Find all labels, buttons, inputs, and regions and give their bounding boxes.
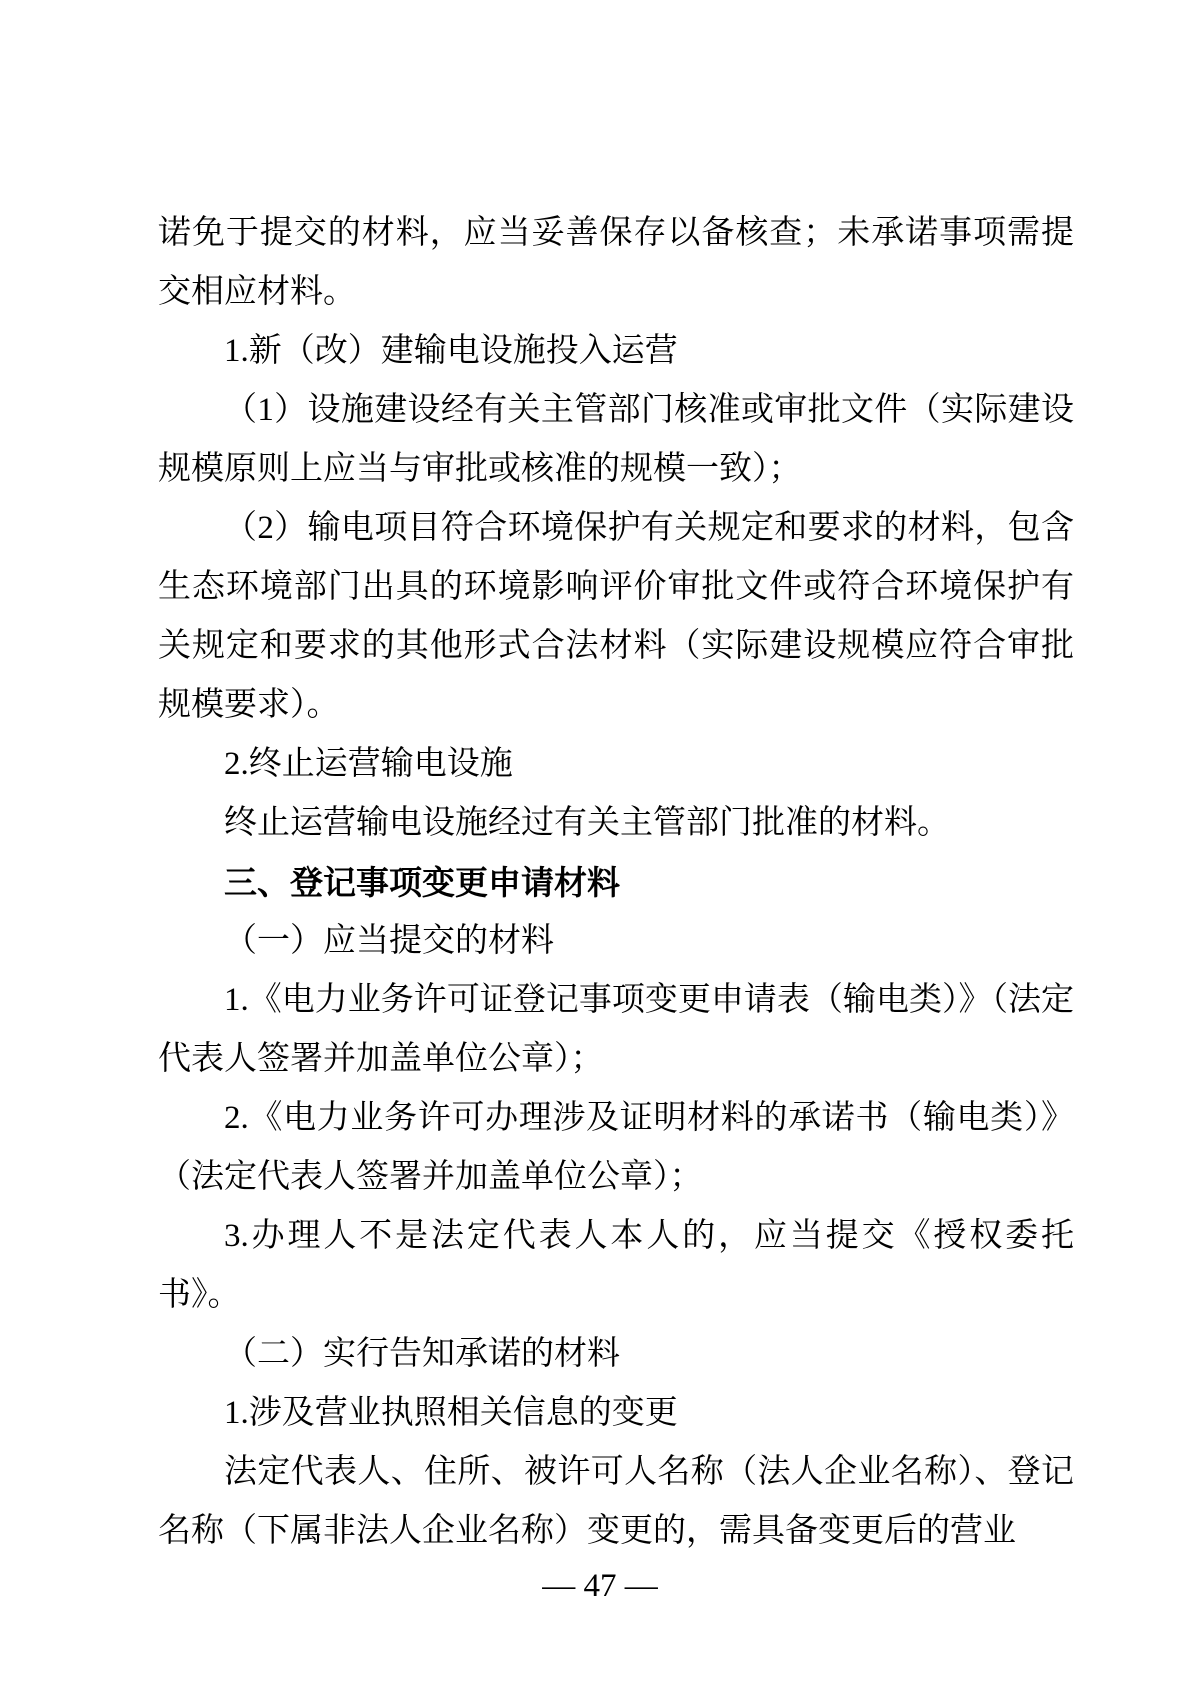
paragraph-continuation-materials: 诺免于提交的材料，应当妥善保存以备核查；未承诺事项需提交相应材料。 [158,204,1074,322]
list-item-terminate-transmission-facility: 2.终止运营输电设施 [158,735,1074,794]
subsection-heading-materials-to-submit: （一）应当提交的材料 [158,912,1074,971]
page-number: — 47 — [542,1568,658,1604]
section-heading-registration-change-materials: 三、登记事项变更申请材料 [158,853,1074,912]
list-item-new-rebuilt-transmission-operation: 1.新（改）建输电设施投入运营 [158,322,1074,381]
subsection-heading-notification-commitment-materials: （二）实行告知承诺的材料 [158,1325,1074,1384]
list-item-construction-approval-documents: （1）设施建设经有关主管部门核准或审批文件（实际建设规模原则上应当与审批或核准的… [158,381,1074,499]
paragraph-termination-approval-materials: 终止运营输电设施经过有关主管部门批准的材料。 [158,794,1074,853]
list-item-change-application-form: 1.《电力业务许可证登记事项变更申请表（输电类）》（法定代表人签署并加盖单位公章… [158,971,1074,1089]
list-item-commitment-letter: 2.《电力业务许可办理涉及证明材料的承诺书（输电类）》（法定代表人签署并加盖单位… [158,1089,1074,1207]
list-item-authorization-letter: 3.办理人不是法定代表人本人的，应当提交《授权委托书》。 [158,1207,1074,1325]
document-page: 诺免于提交的材料，应当妥善保存以备核查；未承诺事项需提交相应材料。 1.新（改）… [0,0,1200,1696]
page-footer: — 47 — [0,1566,1200,1606]
list-item-business-license-info-change: 1.涉及营业执照相关信息的变更 [158,1384,1074,1443]
list-item-environmental-protection-materials: （2）输电项目符合环境保护有关规定和要求的材料，包含生态环境部门出具的环境影响评… [158,499,1074,735]
paragraph-legal-representative-change: 法定代表人、住所、被许可人名称（法人企业名称）、登记名称（下属非法人企业名称）变… [158,1443,1074,1561]
document-body: 诺免于提交的材料，应当妥善保存以备核查；未承诺事项需提交相应材料。 1.新（改）… [158,204,1074,1561]
